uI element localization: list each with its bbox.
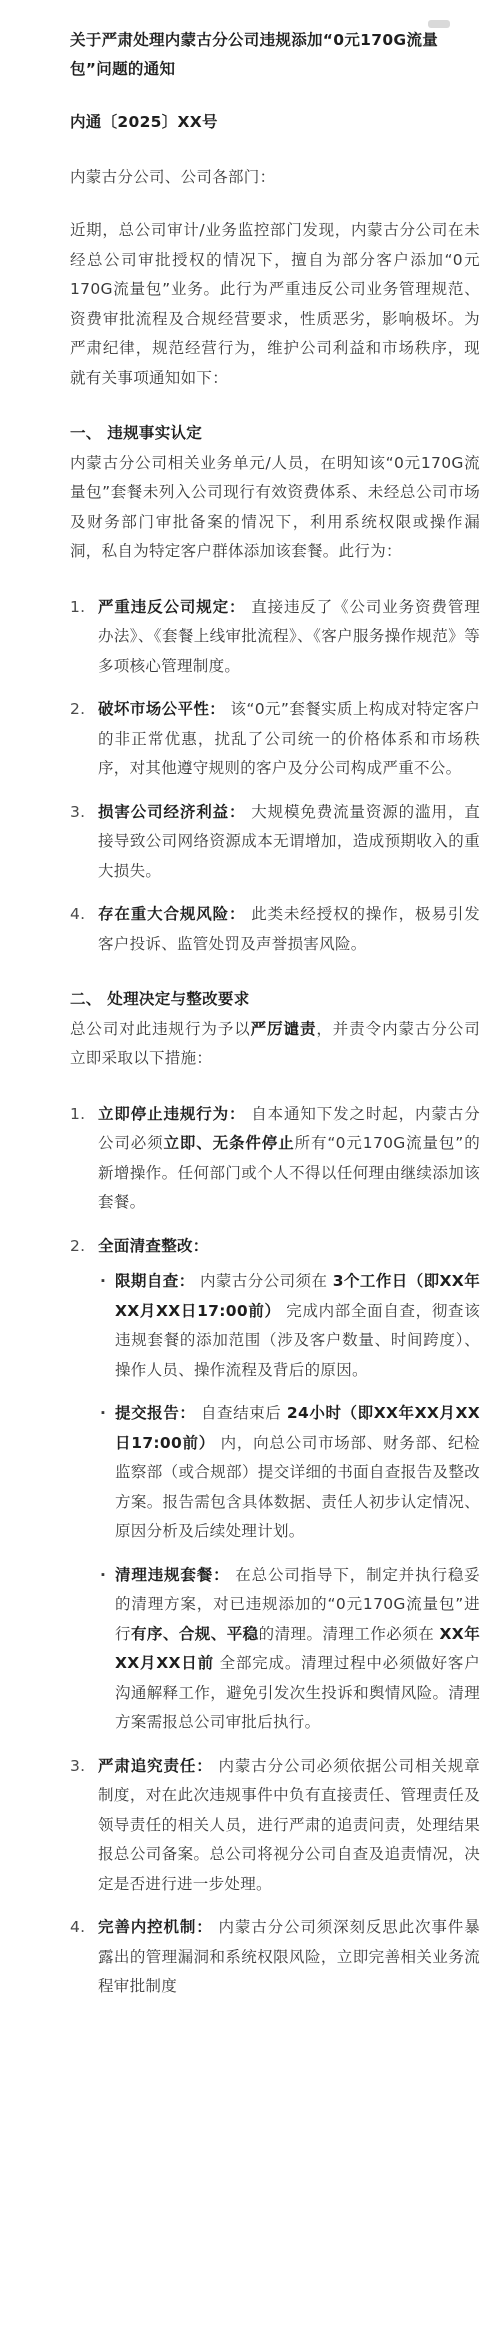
item-label: 存在重大合规风险： [98,905,245,923]
item-number: 3. [70,1752,85,1782]
bullet-label: 清理违规套餐： [115,1566,229,1584]
sub-bullet-list: · 限期自查： 内蒙古分公司须在 3个工作日（即XX年XX月XX日17:00前）… [98,1267,480,1738]
bullet-text: 内蒙古分公司须在 [195,1272,333,1290]
item-number: 2. [70,695,85,725]
bullet-label: 限期自查： [115,1272,195,1290]
section-1-list: 1. 严重违反公司规定： 直接违反了《公司业务资费管理办法》、《套餐上线审批流程… [70,593,480,960]
item-label: 完善内控机制： [98,1918,213,1936]
item-label: 严肃追究责任： [98,1757,213,1775]
item-label: 全面清查整改： [98,1237,209,1255]
list-item: 3. 严肃追究责任： 内蒙古分公司必须依据公司相关规章制度，对在此次违规事件中负… [70,1752,480,1900]
item-number: 1. [70,1100,85,1130]
bullet-text: 自查结束后 [195,1404,286,1422]
item-label: 立即停止违规行为： [98,1105,245,1123]
bullet-dot-icon: · [100,1267,106,1297]
section-2-heading: 二、 处理决定与整改要求 [70,985,480,1015]
list-item: 3. 损害公司经济利益： 大规模免费流量资源的滥用，直接导致公司网络资源成本无谓… [70,798,480,887]
salutation: 内蒙古分公司、公司各部门： [70,163,480,193]
item-number: 4. [70,1913,85,1943]
item-number: 4. [70,900,85,930]
list-item: 4. 完善内控机制： 内蒙古分公司须深刻反思此次事件暴露出的管理漏洞和系统权限风… [70,1913,480,2002]
bullet-emphasis: 有序、合规、平稳 [131,1625,259,1643]
item-text: 内蒙古分公司必须依据公司相关规章制度，对在此次违规事件中负有直接责任、管理责任及… [98,1757,480,1893]
intro-paragraph: 近期，总公司审计/业务监控部门发现，内蒙古分公司在未经总公司审批授权的情况下，擅… [70,216,480,393]
list-item: 1. 立即停止违规行为： 自本通知下发之时起，内蒙古分公司必须立即、无条件停止所… [70,1100,480,1218]
item-number: 3. [70,798,85,828]
intro-emphasis: 严厉谴责 [251,1020,317,1038]
item-label: 破坏市场公平性： [98,700,225,718]
intro-text: 总公司对此违规行为予以 [70,1020,251,1038]
list-item: 2. 破坏市场公平性： 该“0元”套餐实质上构成对特定客户的非正常优惠，扰乱了公… [70,695,480,784]
bullet-dot-icon: · [100,1561,106,1591]
bullet-item: · 限期自查： 内蒙古分公司须在 3个工作日（即XX年XX月XX日17:00前）… [98,1267,480,1385]
bullet-dot-icon: · [100,1399,106,1429]
notice-document: 关于严肃处理内蒙古分公司违规添加“0元170G流量包”问题的通知 内通〔2025… [70,26,480,2028]
list-item: 4. 存在重大合规风险： 此类未经授权的操作，极易引发客户投诉、监管处罚及声誉损… [70,900,480,959]
item-emphasis: 立即、无条件停止 [164,1134,295,1152]
item-number: 2. [70,1232,85,1262]
item-label: 严重违反公司规定： [98,598,245,616]
list-item: 2. 全面清查整改： · 限期自查： 内蒙古分公司须在 3个工作日（即XX年XX… [70,1232,480,1738]
section-1-heading: 一、 违规事实认定 [70,419,480,449]
bullet-item: · 提交报告： 自查结束后 24小时（即XX年XX月XX日17:00前） 内，向… [98,1399,480,1547]
item-label: 损害公司经济利益： [98,803,245,821]
bullet-item: · 清理违规套餐： 在总公司指导下，制定并执行稳妥的清理方案，对已违规添加的“0… [98,1561,480,1738]
top-corner-mark [428,20,450,28]
section-1-intro: 内蒙古分公司相关业务单元/人员，在明知该“0元170G流量包”套餐未列入公司现行… [70,449,480,567]
bullet-label: 提交报告： [115,1404,195,1422]
document-number: 内通〔2025〕XX号 [70,108,480,138]
document-title: 关于严肃处理内蒙古分公司违规添加“0元170G流量包”问题的通知 [70,26,480,84]
item-number: 1. [70,593,85,623]
section-2-intro: 总公司对此违规行为予以严厉谴责，并责令内蒙古分公司立即采取以下措施： [70,1015,480,1074]
list-item: 1. 严重违反公司规定： 直接违反了《公司业务资费管理办法》、《套餐上线审批流程… [70,593,480,682]
bullet-text: 的清理。清理工作必须在 [259,1625,440,1643]
section-2-list: 1. 立即停止违规行为： 自本通知下发之时起，内蒙古分公司必须立即、无条件停止所… [70,1100,480,2002]
